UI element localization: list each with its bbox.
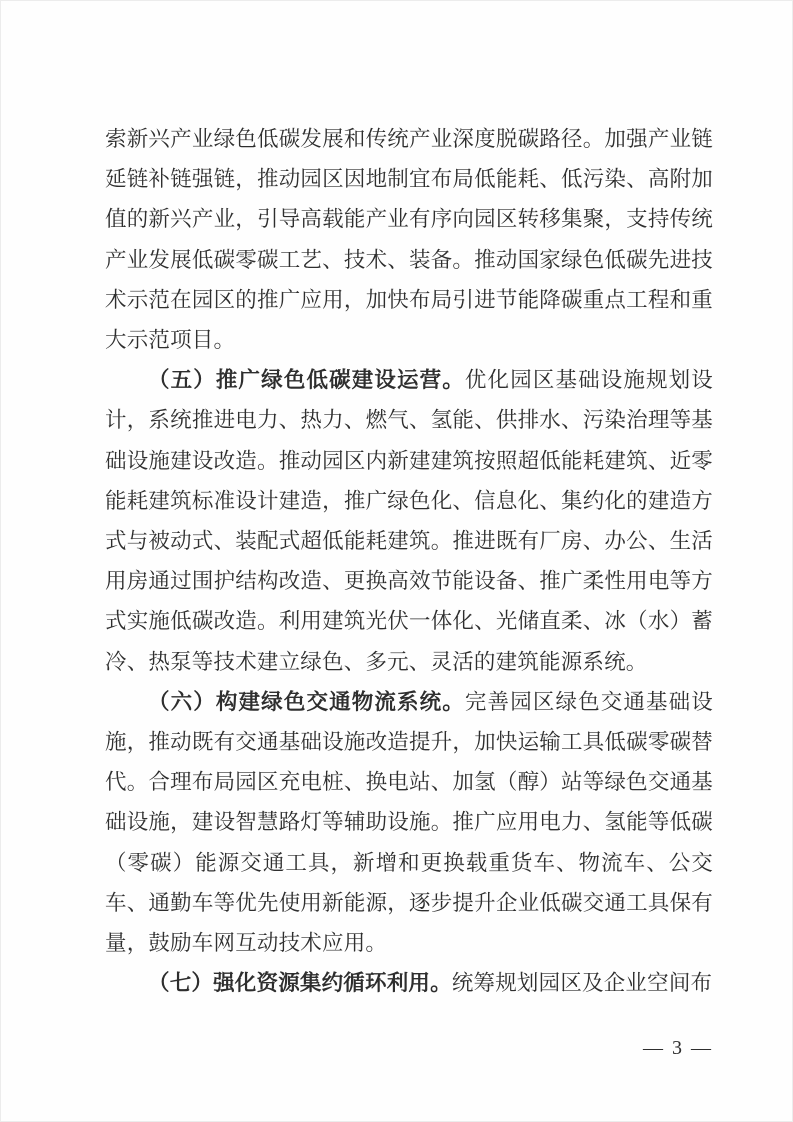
document-body: 索新兴产业绿色低碳发展和传统产业深度脱碳路径。加强产业链延链补链强链，推动园区因…: [105, 119, 713, 1003]
document-page: 索新兴产业绿色低碳发展和传统产业深度脱碳路径。加强产业链延链补链强链，推动园区因…: [0, 0, 793, 1122]
para-continuation: 索新兴产业绿色低碳发展和传统产业深度脱碳路径。加强产业链延链补链强链，推动园区因…: [105, 119, 713, 360]
page-number: — 3 —: [643, 1036, 713, 1060]
para-item-5: （五）推广绿色低碳建设运营。优化园区基础设施规划设计，系统推进电力、热力、燃气、…: [105, 360, 713, 682]
paragraph-text: 统筹规划园区及企业空间布: [452, 971, 712, 995]
para-item-7: （七）强化资源集约循环利用。统筹规划园区及企业空间布: [105, 963, 713, 1003]
paragraph-text: 优化园区基础设施规划设计，系统推进电力、热力、燃气、氢能、供排水、污染治理等基础…: [105, 368, 713, 673]
paragraph-heading: （六）构建绿色交通物流系统。: [148, 690, 465, 714]
paragraph-heading: （五）推广绿色低碳建设运营。: [148, 368, 465, 392]
paragraph-heading: （七）强化资源集约循环利用。: [148, 971, 452, 995]
paragraph-text: 索新兴产业绿色低碳发展和传统产业深度脱碳路径。加强产业链延链补链强链，推动园区因…: [105, 127, 713, 352]
paragraph-text: 完善园区绿色交通基础设施，推动既有交通基础设施改造提升，加快运输工具低碳零碳替代…: [105, 690, 713, 955]
para-item-6: （六）构建绿色交通物流系统。完善园区绿色交通基础设施，推动既有交通基础设施改造提…: [105, 682, 713, 963]
